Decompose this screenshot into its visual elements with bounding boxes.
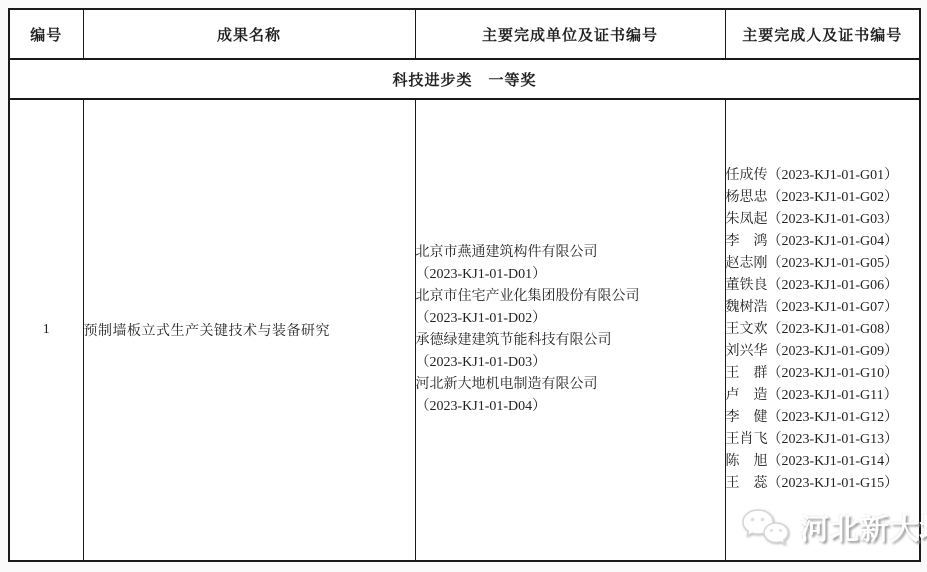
unit-name: 承德绿建建筑节能科技有限公司 [416,330,725,352]
person-entry: 卢 造（2023-KJ1-01-G11） [726,385,920,407]
unit-name: 北京市住宅产业化集团股份有限公司 [416,286,725,308]
person-entry: 朱凤起（2023-KJ1-01-G03） [726,209,920,231]
units-list: 北京市燕通建筑构件有限公司（2023-KJ1-01-D01）北京市住宅产业化集团… [416,242,725,418]
section-title: 科技进步类 一等奖 [9,59,920,99]
person-entry: 任成传（2023-KJ1-01-G01） [726,165,920,187]
achievement-name: 预制墙板立式生产关键技术与装备研究 [83,99,415,561]
unit-cert: （2023-KJ1-01-D04） [416,396,725,418]
table-row: 1 预制墙板立式生产关键技术与装备研究 北京市燕通建筑构件有限公司（2023-K… [9,99,920,561]
person-entry: 王文欢（2023-KJ1-01-G08） [726,319,920,341]
person-entry: 王肖飞（2023-KJ1-01-G13） [726,429,920,451]
unit-cert: （2023-KJ1-01-D03） [416,352,725,374]
person-entry: 王 蕊（2023-KJ1-01-G15） [726,473,920,495]
table-header-row: 编号 成果名称 主要完成单位及证书编号 主要完成人及证书编号 [9,9,920,59]
col-header-units: 主要完成单位及证书编号 [415,9,725,59]
col-header-number: 编号 [9,9,83,59]
persons-list: 任成传（2023-KJ1-01-G01）杨思忠（2023-KJ1-01-G02）… [726,165,920,495]
person-entry: 王 群（2023-KJ1-01-G10） [726,363,920,385]
person-entry: 李 鸿（2023-KJ1-01-G04） [726,231,920,253]
unit-cert: （2023-KJ1-01-D02） [416,308,725,330]
person-entry: 董铁良（2023-KJ1-01-G06） [726,275,920,297]
person-entry: 刘兴华（2023-KJ1-01-G09） [726,341,920,363]
person-entry: 陈 旭（2023-KJ1-01-G14） [726,451,920,473]
col-header-achievement: 成果名称 [83,9,415,59]
unit-cert: （2023-KJ1-01-D01） [416,264,725,286]
person-entry: 杨思忠（2023-KJ1-01-G02） [726,187,920,209]
person-entry: 魏树浩（2023-KJ1-01-G07） [726,297,920,319]
section-row: 科技进步类 一等奖 [9,59,920,99]
person-entry: 李 健（2023-KJ1-01-G12） [726,407,920,429]
row-number: 1 [9,99,83,561]
unit-name: 北京市燕通建筑构件有限公司 [416,242,725,264]
col-header-persons: 主要完成人及证书编号 [725,9,920,59]
person-entry: 赵志刚（2023-KJ1-01-G05） [726,253,920,275]
unit-name: 河北新大地机电制造有限公司 [416,374,725,396]
award-table: 编号 成果名称 主要完成单位及证书编号 主要完成人及证书编号 科技进步类 一等奖… [8,8,921,562]
